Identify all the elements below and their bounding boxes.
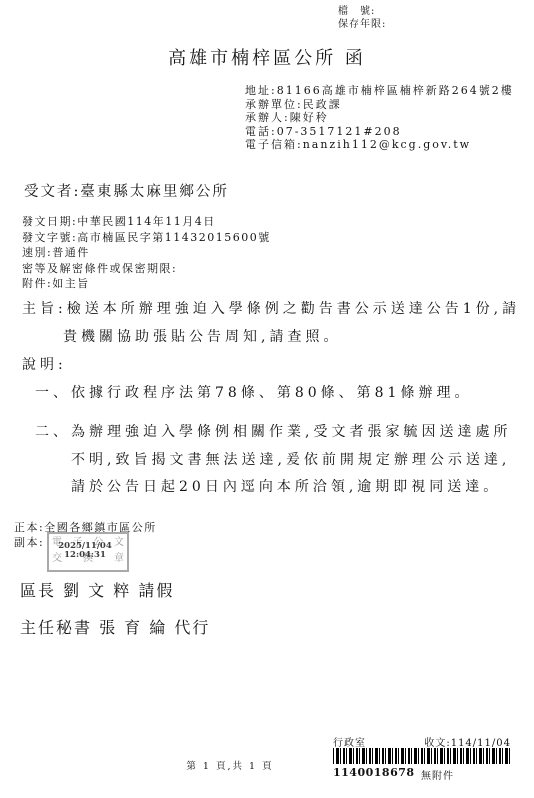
recipient-line: 受文者:臺東縣太麻里鄉公所 [24, 180, 229, 201]
receipt-attachment-note: 無附件 [421, 767, 454, 782]
security-level: 密等及解密條件或保密期限: [22, 261, 271, 277]
retention-period-label: 保存年限: [338, 18, 386, 31]
sender-email: 電子信箱:nanzih112@kcg.gov.tw [245, 138, 519, 152]
sender-phone: 電話:07-3517121#208 [245, 125, 519, 139]
file-number-label: 檔 號: [338, 5, 386, 18]
file-meta-block: 檔 號: 保存年限: [338, 5, 386, 31]
official-letter-page: 檔 號: 保存年限: 高雄市楠梓區公所 函 地址:81166高雄市楠梓區楠梓新路… [0, 0, 534, 798]
receipt-date: 收文:114/11/04 [424, 734, 511, 749]
stamp-time: 12:04:31 [64, 551, 106, 561]
delivery-speed: 速別:普通件 [22, 245, 271, 261]
item-number: 二、 [35, 424, 71, 440]
receipt-header-row: 行政室 收文:114/11/04 [333, 734, 511, 749]
page-number-footer: 第 1 頁,共 1 頁 [150, 758, 310, 772]
subject-text: 檢送本所辦理強迫入學條例之勸告書公示送達公告1份,請貴機關協助張貼公告周知,請查… [63, 301, 520, 345]
issue-date: 發文日期:中華民國114年11月4日 [22, 214, 271, 230]
electronic-exchange-stamp: 電子公文 交換章 2025/11/04 12:04:31 [47, 532, 129, 572]
barcode-number: 1140018678 [333, 766, 415, 779]
sender-address: 地址:81166高雄市楠梓區楠梓新路264號2樓 [245, 84, 519, 98]
explanation-label: 說明: [22, 352, 518, 380]
sender-info-block: 地址:81166高雄市楠梓區楠梓新路264號2樓 承辦單位:民政課 承辦人:陳好… [245, 84, 519, 152]
explanation-item-1: 一、依據行政程序法第78條、第80條、第81條辦理。 [35, 380, 518, 408]
item-number: 一、 [35, 385, 71, 401]
stamp-datetime: 2025/11/04 12:04:31 [47, 532, 123, 570]
sender-contact: 承辦人:陳好秢 [245, 111, 519, 125]
subject-label: 主旨: [22, 301, 67, 317]
item-text: 依據行政程序法第78條、第80條、第81條辦理。 [71, 385, 472, 401]
receipt-office: 行政室 [333, 734, 366, 749]
receipt-number-row: 1140018678 無附件 [333, 766, 511, 779]
document-title: 高雄市楠梓區公所 函 [0, 44, 534, 70]
barcode [333, 748, 511, 764]
explanation-block: 說明: 一、依據行政程序法第78條、第80條、第81條辦理。 二、為辦理強迫入學… [22, 352, 518, 502]
sender-unit: 承辦單位:民政課 [245, 98, 519, 112]
subject-paragraph: 主旨:檢送本所辦理強迫入學條例之勸告書公示送達公告1份,請貴機關協助張貼公告周知… [22, 296, 523, 351]
signature-line-secretary: 主任秘書 張 育 綸 代行 [20, 615, 210, 638]
issue-number: 發文字號:高市楠區民字第11432015600號 [22, 230, 271, 246]
attachment-note: 附件:如主旨 [22, 276, 271, 292]
explanation-item-2: 二、為辦理強迫入學條例相關作業,受文者張家毓因送達處所不明,致旨揭文書無法送達,… [35, 419, 518, 502]
item-text: 為辦理強迫入學條例相關作業,受文者張家毓因送達處所不明,致旨揭文書無法送達,爰依… [71, 424, 511, 495]
doc-meta-block: 發文日期:中華民國114年11月4日 發文字號:高市楠區民字第114320156… [22, 214, 271, 292]
signature-line-mayor: 區長 劉 文 粹 請假 [20, 578, 174, 601]
